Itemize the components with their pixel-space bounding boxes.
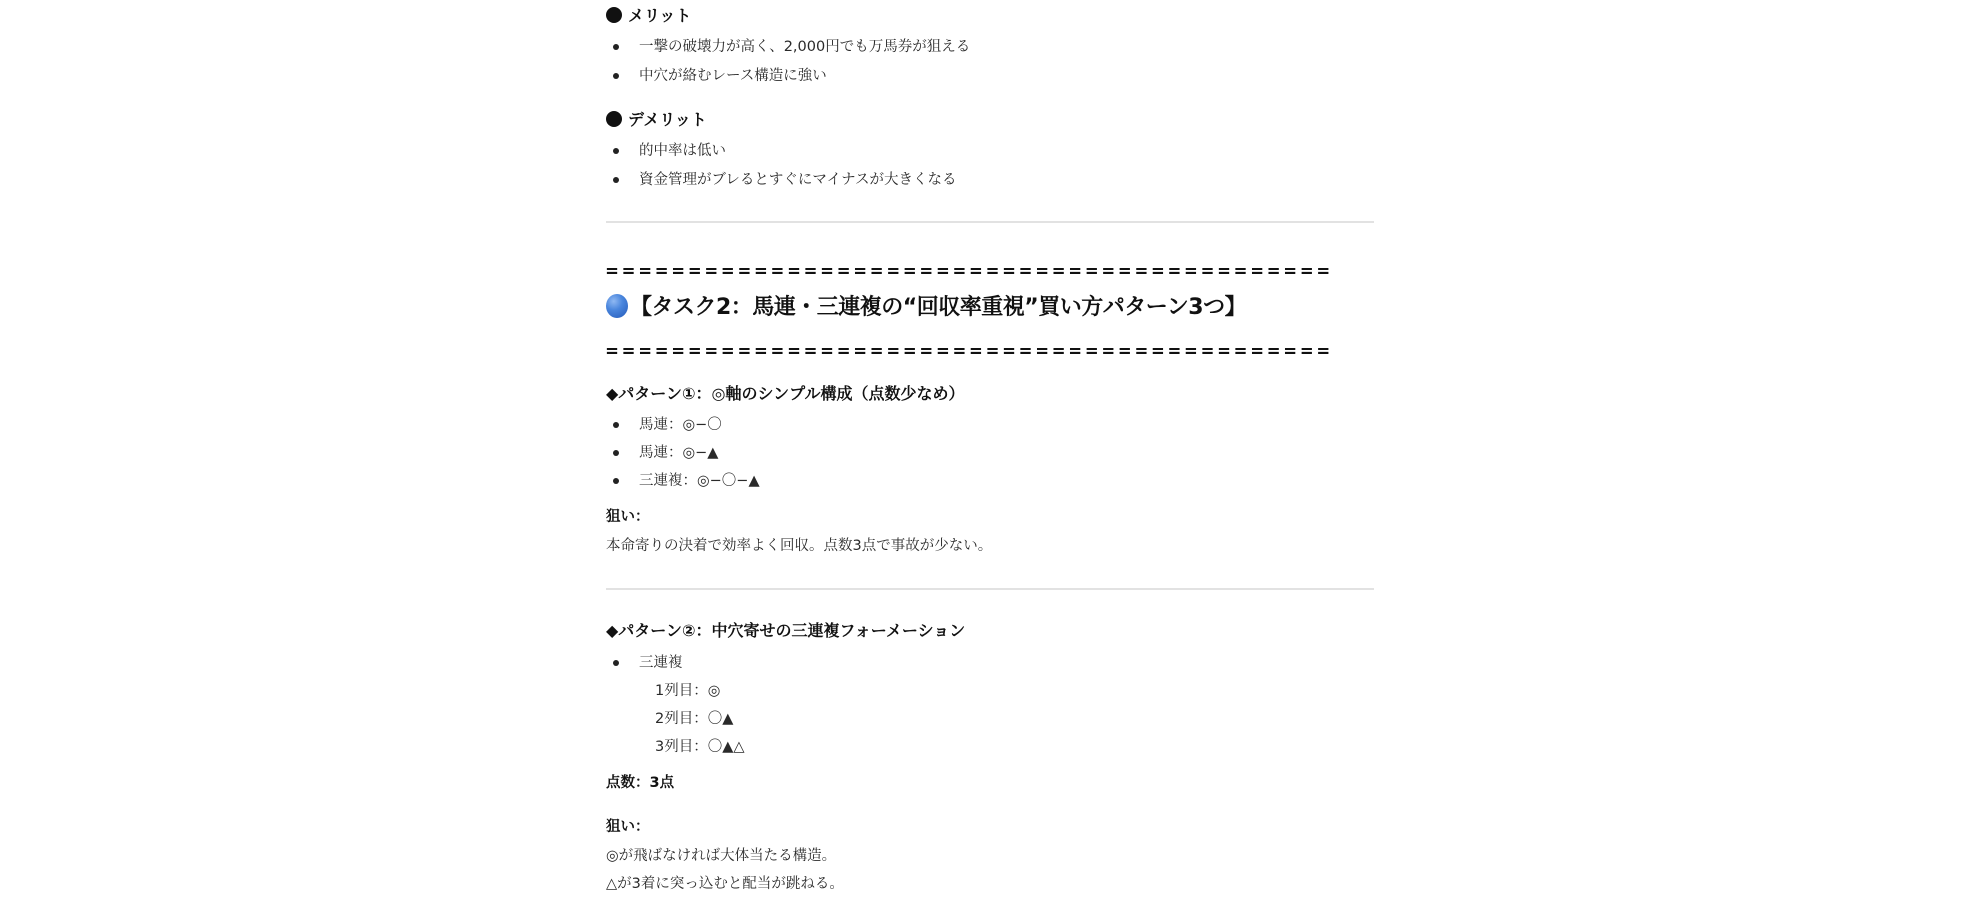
pattern1-item-text: 馬連：◎−▲ xyxy=(639,445,718,461)
bullet-icon xyxy=(613,177,619,183)
bullet-icon xyxy=(613,478,619,484)
task2-title: 【タスク2：馬連・三連複の“回収率重視”買い方パターン3つ】 xyxy=(606,294,1246,322)
demerit-list-item: 的中率は低い xyxy=(606,141,726,161)
task2-title-text: 【タスク2：馬連・三連複の“回収率重視”買い方パターン3つ】 xyxy=(630,295,1246,320)
formation-row-3: 3列目：〇▲△ xyxy=(606,737,745,757)
demerit-item-text: 的中率は低い xyxy=(639,143,726,159)
demerit-heading-text: デメリット xyxy=(628,110,707,129)
pattern1-item-text: 三連複：◎−〇−▲ xyxy=(639,473,760,489)
pattern1-list-item: 馬連：◎−〇 xyxy=(606,415,722,435)
pattern1-item-text: 馬連：◎−〇 xyxy=(639,417,722,433)
bullet-icon xyxy=(613,450,619,456)
formation-row-1: 1列目：◎ xyxy=(606,681,720,701)
pattern2-item-text: 三連複 xyxy=(639,655,683,671)
formation-row-2: 2列目：〇▲ xyxy=(606,709,733,729)
pattern2-aim-label: 狙い： xyxy=(606,817,650,837)
section-divider xyxy=(606,588,1374,590)
merit-item-text: 中穴が絡むレース構造に強い xyxy=(639,68,827,84)
demerit-item-text: 資金管理がブレるとすぐにマイナスが大きくなる xyxy=(639,172,957,188)
pattern2-points: 点数：3点 xyxy=(606,773,674,793)
merit-list-item: 一撃の破壊力が高く、2,000円でも万馬券が狙える xyxy=(606,37,970,57)
pattern2-aim-line: ◎が飛ばなければ大体当たる構造。 xyxy=(606,846,836,866)
merit-heading: メリット xyxy=(606,6,691,26)
bullet-icon xyxy=(613,422,619,428)
bullet-icon xyxy=(613,73,619,79)
merit-heading-text: メリット xyxy=(628,6,691,25)
blue-circle-icon xyxy=(606,294,628,318)
pattern1-aim-text: 本命寄りの決着で効率よく回収。点数3点で事故が少ない。 xyxy=(606,536,992,556)
bullet-icon xyxy=(613,660,619,666)
pattern1-heading: ◆パターン①：◎軸のシンプル構成（点数少なめ） xyxy=(606,383,964,405)
pattern1-list-item: 馬連：◎−▲ xyxy=(606,443,718,463)
bullet-icon xyxy=(613,148,619,154)
separator-line-bottom: ========================================… xyxy=(606,339,1334,361)
black-circle-icon xyxy=(606,7,622,23)
pattern1-list-item: 三連複：◎−〇−▲ xyxy=(606,471,760,491)
demerit-list-item: 資金管理がブレるとすぐにマイナスが大きくなる xyxy=(606,170,957,190)
demerit-heading: デメリット xyxy=(606,110,707,130)
section-divider xyxy=(606,221,1374,223)
pattern1-aim-label: 狙い： xyxy=(606,507,650,527)
merit-list-item: 中穴が絡むレース構造に強い xyxy=(606,66,827,86)
bullet-icon xyxy=(613,44,619,50)
pattern2-aim-line: △が3着に突っ込むと配当が跳ねる。 xyxy=(606,874,844,894)
pattern2-heading: ◆パターン②：中穴寄せの三連複フォーメーション xyxy=(606,620,965,642)
black-circle-icon xyxy=(606,111,622,127)
separator-line-top: ========================================… xyxy=(606,259,1334,281)
pattern2-list-item: 三連複 xyxy=(606,653,683,673)
merit-item-text: 一撃の破壊力が高く、2,000円でも万馬券が狙える xyxy=(639,39,970,55)
